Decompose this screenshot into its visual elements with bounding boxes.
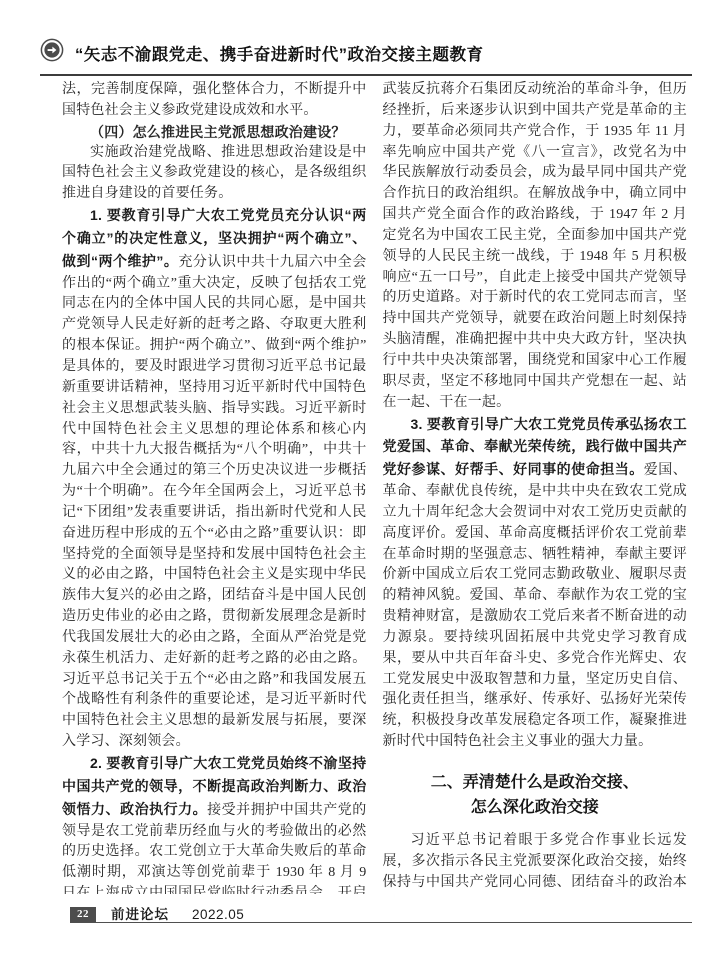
header-row: “矢志不渝跟党走、携手奋进新时代”政治交接主题教育: [40, 38, 692, 76]
sub-heading-4: （四）怎么推进民主党派思想政治建设？: [62, 122, 367, 143]
journal-issue: 2022.05: [192, 907, 244, 922]
section-heading-2: 二、弄清楚什么是政治交接、 怎么深化政治交接: [383, 770, 688, 820]
paragraph: 实施政治建党战略、推进思想政治建设是中国特色社会主义参政党建设的核心，是各级组织…: [62, 143, 367, 206]
article-body: 法，完善制度保障，强化整体合力，不断提升中国特色社会主义参政党建设成效和水平。 …: [62, 80, 687, 894]
page-number-badge: 22: [70, 907, 96, 922]
page-header: “矢志不渝跟党走、携手奋进新时代”政治交接主题教育: [40, 38, 692, 76]
paragraph-continued: 武装反抗蒋介石集团反动统治的革命斗争，但历经挫折，后来逐步认识到中国共产党是革命…: [383, 80, 688, 414]
paragraph: 习近平总书记着眼于多党合作事业长远发展，多次指示各民主党派要深化政治交接，始终保…: [383, 831, 688, 894]
page-footer: 22 前进论坛 2022.05: [70, 907, 692, 923]
left-column: 法，完善制度保障，强化整体合力，不断提升中国特色社会主义参政党建设成效和水平。 …: [62, 80, 367, 894]
paragraph-continued: 法，完善制度保障，强化整体合力，不断提升中国特色社会主义参政党建设成效和水平。: [62, 80, 367, 122]
paragraph-point-1: 1. 要教育引导广大农工党党员充分认识“两个确立”的决定性意义，坚决拥护“两个确…: [62, 205, 367, 753]
paragraph-point-3: 3. 要教育引导广大农工党党员传承弘扬农工党爱国、革命、奉献光荣传统，践行做中国…: [383, 414, 688, 754]
paragraph-point-2: 2. 要教育引导广大农工党党员始终不渝坚持中国共产党的领导，不断提高政治判断力、…: [62, 753, 367, 894]
bold-lead: 3. 要教育引导广大农工党党员传承弘扬农工党爱国、革命、奉献光荣传统，践行做中国…: [383, 416, 688, 478]
section-heading-line2: 怎么深化政治交接: [383, 795, 688, 820]
section-heading-line1: 二、弄清楚什么是政治交接、: [383, 770, 688, 795]
right-column: 武装反抗蒋介石集团反动统治的革命斗争，但历经挫折，后来逐步认识到中国共产党是革命…: [383, 80, 688, 894]
magazine-page: “矢志不渝跟党走、携手奋进新时代”政治交接主题教育 法，完善制度保障，强化整体合…: [0, 0, 722, 964]
journal-name: 前进论坛: [111, 907, 169, 922]
circle-arrow-right-icon: [40, 38, 64, 67]
section-banner-title: “矢志不渝跟党走、携手奋进新时代”政治交接主题教育: [75, 41, 484, 65]
